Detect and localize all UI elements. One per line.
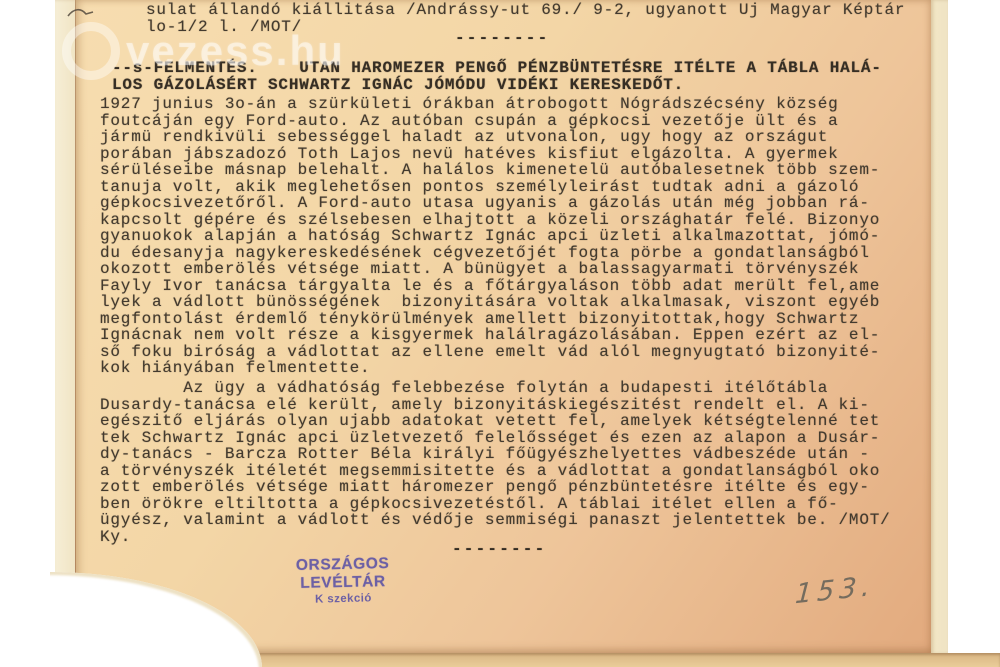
stamp-line-1: ORSZÁGOS LEVÉLTÁR [258, 554, 429, 594]
article-headline: --s-FELMENTÉS. UTAN HAROMEZER PENGŐ PÉNZ… [112, 60, 882, 93]
dashed-separator: -------- [455, 30, 549, 47]
article-paragraph-1: 1927 junius 3o-án a szürkületi órákban á… [100, 96, 880, 377]
next-page-strip [138, 653, 1000, 667]
paper-edge-right [931, 0, 948, 654]
pen-mark-icon [66, 5, 96, 21]
article-paragraph-2: Az ügy a vádhatóság felebbezése folytán … [100, 380, 891, 545]
archive-stamp: ORSZÁGOS LEVÉLTÁR K szekció [258, 554, 429, 607]
dashed-separator-2: -------- [452, 541, 546, 558]
